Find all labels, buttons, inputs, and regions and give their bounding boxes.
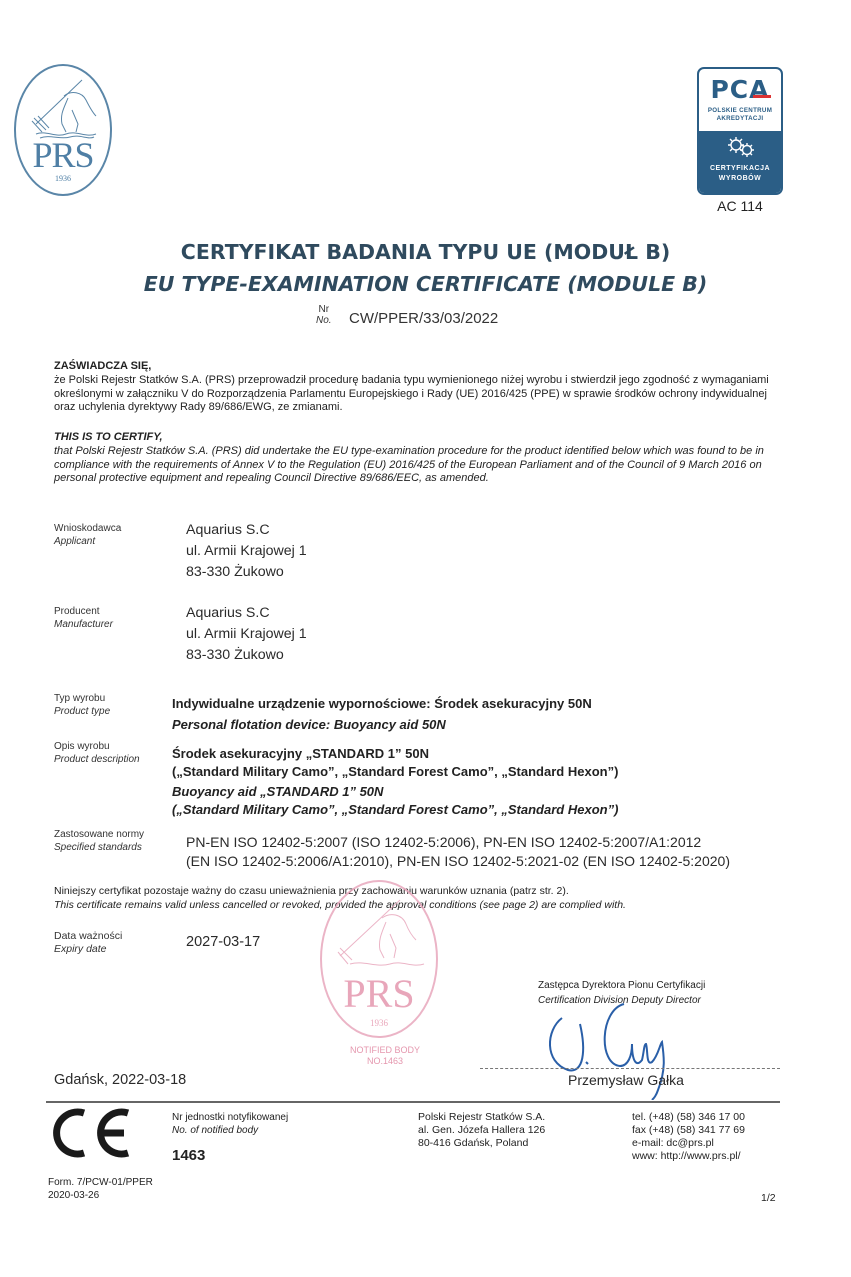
expiry-label-pl: Data ważności [54, 930, 122, 943]
manufacturer-street: ul. Armii Krajowej 1 [186, 624, 307, 645]
standards-label-en: Specified standards [54, 841, 144, 854]
prs-address: Polski Rejestr Statków S.A. al. Gen. Józ… [418, 1111, 545, 1150]
statement-pl-text: że Polski Rejestr Statków S.A. (PRS) prz… [54, 374, 784, 415]
contact-fax: fax (+48) (58) 341 77 69 [632, 1124, 745, 1137]
prs-letters: PRS [16, 134, 110, 176]
manufacturer-value: Aquarius S.C ul. Armii Krajowej 1 83-330… [186, 603, 307, 666]
ce-mark-icon [48, 1108, 133, 1158]
pca-subtitle-line1: POLSKIE CENTRUM [699, 107, 781, 115]
product-description-en-line1: Buoyancy aid „STANDARD 1” 50N [172, 783, 618, 801]
product-description-label-en: Product description [54, 753, 140, 766]
manufacturer-city: 83-330 Żukowo [186, 645, 307, 666]
pca-logo: PCA POLSKIE CENTRUM AKREDYTACJI CERTYFIK… [697, 67, 783, 195]
title-pl: CERTYFIKAT BADANIA TYPU UE (MODUŁ B) [0, 240, 851, 264]
applicant-label-pl: Wnioskodawca [54, 522, 121, 535]
address-line1: Polski Rejestr Statków S.A. [418, 1111, 545, 1124]
applicant-label: Wnioskodawca Applicant [54, 522, 121, 548]
notified-body-label: Nr jednostki notyfikowanej No. of notifi… [172, 1111, 288, 1137]
address-line3: 80-416 Gdańsk, Poland [418, 1137, 545, 1150]
product-description-label: Opis wyrobu Product description [54, 740, 140, 766]
pca-subtitle: POLSKIE CENTRUM AKREDYTACJI [699, 107, 781, 123]
gears-icon [725, 135, 757, 159]
signer-name: Przemysław Gałka [568, 1072, 684, 1088]
product-type-label-en: Product type [54, 705, 110, 718]
pca-stripe [753, 95, 771, 98]
contact-email[interactable]: e-mail: dc@prs.pl [632, 1137, 745, 1150]
form-code-text: Form. 7/PCW-01/PPER [48, 1176, 153, 1189]
pca-word: PCA [699, 75, 781, 104]
pca-cert-panel: CERTYFIKACJA WYROBÓW [699, 131, 781, 193]
pca-cert-text: CERTYFIKACJA WYROBÓW [699, 164, 781, 184]
certificate-number-label: Nr No. [316, 304, 332, 326]
manufacturer-label: Producent Manufacturer [54, 605, 113, 631]
notified-body-number: 1463 [172, 1147, 205, 1164]
contact-phone: tel. (+48) (58) 346 17 00 [632, 1111, 745, 1124]
stamp-letters: PRS [322, 970, 436, 1017]
product-description-pl-line2: („Standard Military Camo”, „Standard For… [172, 763, 618, 781]
statement-en-text: that Polski Rejestr Statków S.A. (PRS) d… [54, 445, 784, 486]
place-and-date: Gdańsk, 2022-03-18 [54, 1072, 186, 1088]
standards-value: PN-EN ISO 12402-5:2007 (ISO 12402-5:2006… [186, 833, 730, 871]
applicant-city: 83-330 Żukowo [186, 562, 307, 583]
pca-subtitle-line2: AKREDYTACJI [699, 115, 781, 123]
prs-year: 1936 [16, 174, 110, 183]
accreditation-number: AC 114 [697, 198, 783, 214]
footer-divider [46, 1101, 780, 1103]
expiry-label-en: Expiry date [54, 943, 122, 956]
form-code: Form. 7/PCW-01/PPER 2020-03-26 [48, 1176, 153, 1202]
form-date: 2020-03-26 [48, 1189, 153, 1202]
applicant-value: Aquarius S.C ul. Armii Krajowej 1 83-330… [186, 520, 307, 583]
standards-line2: (EN ISO 12402-5:2006/A1:2010), PN-EN ISO… [186, 852, 730, 871]
number-label-pl: Nr [316, 304, 332, 315]
expiry-label: Data ważności Expiry date [54, 930, 122, 956]
statement-en: THIS IS TO CERTIFY, that Polski Rejestr … [54, 431, 784, 486]
stamp-notified-body: NOTIFIED BODY NO.1463 [330, 1045, 440, 1067]
contact-website[interactable]: www: http://www.prs.pl/ [632, 1150, 745, 1163]
address-line2: al. Gen. Józefa Hallera 126 [418, 1124, 545, 1137]
statement-en-heading: THIS IS TO CERTIFY, [54, 431, 784, 445]
prs-logo: PRS 1936 [14, 64, 112, 196]
statement-pl-heading: ZAŚWIADCZA SIĘ, [54, 360, 784, 374]
product-description-en-line2: („Standard Military Camo”, „Standard For… [172, 801, 618, 819]
title-en: EU TYPE-EXAMINATION CERTIFICATE (MODULE … [0, 272, 851, 296]
standards-label: Zastosowane normy Specified standards [54, 828, 144, 854]
applicant-label-en: Applicant [54, 535, 121, 548]
manufacturer-label-pl: Producent [54, 605, 113, 618]
product-type-en: Personal flotation device: Buoyancy aid … [172, 716, 592, 734]
prs-contact: tel. (+48) (58) 346 17 00 fax (+48) (58)… [632, 1111, 745, 1163]
neptune-figure-icon [16, 74, 110, 140]
statement-pl: ZAŚWIADCZA SIĘ, że Polski Rejestr Statkó… [54, 360, 784, 415]
standards-label-pl: Zastosowane normy [54, 828, 144, 841]
standards-line1: PN-EN ISO 12402-5:2007 (ISO 12402-5:2006… [186, 833, 730, 852]
manufacturer-label-en: Manufacturer [54, 618, 113, 631]
manufacturer-name: Aquarius S.C [186, 603, 307, 624]
stamp-year: 1936 [322, 1018, 436, 1028]
page-number: 1/2 [761, 1192, 776, 1204]
product-type-value: Indywidualne urządzenie wypornościowe: Ś… [172, 695, 592, 733]
prs-stamp: PRS 1936 [320, 880, 438, 1038]
product-description-value: Środek asekuracyjny „STANDARD 1” 50N („S… [172, 745, 618, 818]
certificate-number: CW/PPER/33/03/2022 [349, 310, 498, 327]
expiry-date: 2027-03-17 [186, 934, 260, 950]
product-type-label-pl: Typ wyrobu [54, 692, 110, 705]
number-label-en: No. [316, 315, 332, 326]
pca-cert-line1: CERTYFIKACJA [699, 164, 781, 174]
applicant-street: ul. Armii Krajowej 1 [186, 541, 307, 562]
product-description-pl-line1: Środek asekuracyjny „STANDARD 1” 50N [172, 745, 618, 763]
stamp-line1: NOTIFIED BODY [330, 1045, 440, 1056]
signature-line [480, 1068, 780, 1069]
notified-body-label-en: No. of notified body [172, 1124, 288, 1137]
stamp-line2: NO.1463 [330, 1056, 440, 1067]
product-description-label-pl: Opis wyrobu [54, 740, 140, 753]
product-type-label: Typ wyrobu Product type [54, 692, 110, 718]
stamp-figure-icon [330, 894, 430, 970]
product-type-pl: Indywidualne urządzenie wypornościowe: Ś… [172, 695, 592, 713]
pca-cert-line2: WYROBÓW [699, 174, 781, 184]
notified-body-label-pl: Nr jednostki notyfikowanej [172, 1111, 288, 1124]
applicant-name: Aquarius S.C [186, 520, 307, 541]
